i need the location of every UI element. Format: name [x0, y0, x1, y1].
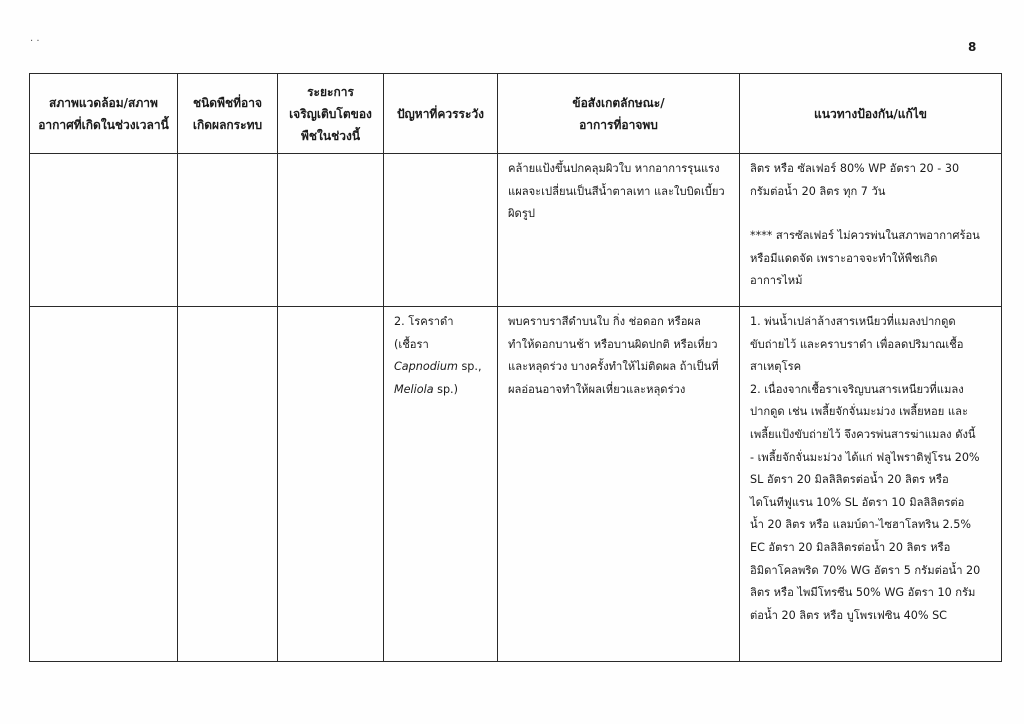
- header-prevention: แนวทางป้องกัน/แก้ไข: [740, 74, 1002, 154]
- cell-environment: [30, 154, 178, 307]
- cell-symptoms: พบคราบราสีดำบนใบ กิ่ง ช่อดอก หรือผล ทำให…: [498, 307, 740, 662]
- table-row: 2. โรคราดำ (เชื้อรา Capnodium sp., Melio…: [30, 307, 1002, 662]
- pathogen-species-2: Meliola sp.): [384, 379, 497, 406]
- advisory-table: สภาพแวดล้อม/สภาพ อากาศที่เกิดในช่วงเวลาน…: [29, 73, 1002, 662]
- cell-environment: [30, 307, 178, 662]
- header-environment: สภาพแวดล้อม/สภาพ อากาศที่เกิดในช่วงเวลาน…: [30, 74, 178, 154]
- header-crop: ชนิดพืชที่อาจ เกิดผลกระทบ: [178, 74, 278, 154]
- cell-problem: 2. โรคราดำ (เชื้อรา Capnodium sp., Melio…: [384, 307, 498, 662]
- header-growth-stage: ระยะการ เจริญเติบโตของ พืชในช่วงนี้: [278, 74, 384, 154]
- cell-crop: [178, 307, 278, 662]
- pathogen-species-1: Capnodium sp.,: [384, 356, 497, 379]
- cell-growth-stage: [278, 307, 384, 662]
- cell-problem: [384, 154, 498, 307]
- problem-title: 2. โรคราดำ (เชื้อรา: [384, 307, 497, 356]
- prevention-text: ลิตร หรือ ซัลเฟอร์ 80% WP อัตรา 20 - 30 …: [740, 154, 1001, 207]
- header-symptoms: ข้อสังเกตลักษณะ/ อาการที่อาจพบ: [498, 74, 740, 154]
- cell-prevention: 1. พ่นน้ำเปล่าล้างสารเหนียวที่แมลงปากดูด…: [740, 307, 1002, 662]
- cell-symptoms: คล้ายแป้งขึ้นปกคลุมผิวใบ หากอาการรุนแรง …: [498, 154, 740, 307]
- page-number: 8: [968, 40, 976, 54]
- sulfur-warning-note: **** สารซัลเฟอร์ ไม่ควรพ่นในสภาพอากาศร้อ…: [740, 221, 1001, 297]
- header-row: สภาพแวดล้อม/สภาพ อากาศที่เกิดในช่วงเวลาน…: [30, 74, 1002, 154]
- cell-crop: [178, 154, 278, 307]
- cell-prevention: ลิตร หรือ ซัลเฟอร์ 80% WP อัตรา 20 - 30 …: [740, 154, 1002, 307]
- cell-growth-stage: [278, 154, 384, 307]
- scan-speck: · ·: [30, 36, 40, 47]
- header-problem: ปัญหาที่ควรระวัง: [384, 74, 498, 154]
- table-row: คล้ายแป้งขึ้นปกคลุมผิวใบ หากอาการรุนแรง …: [30, 154, 1002, 307]
